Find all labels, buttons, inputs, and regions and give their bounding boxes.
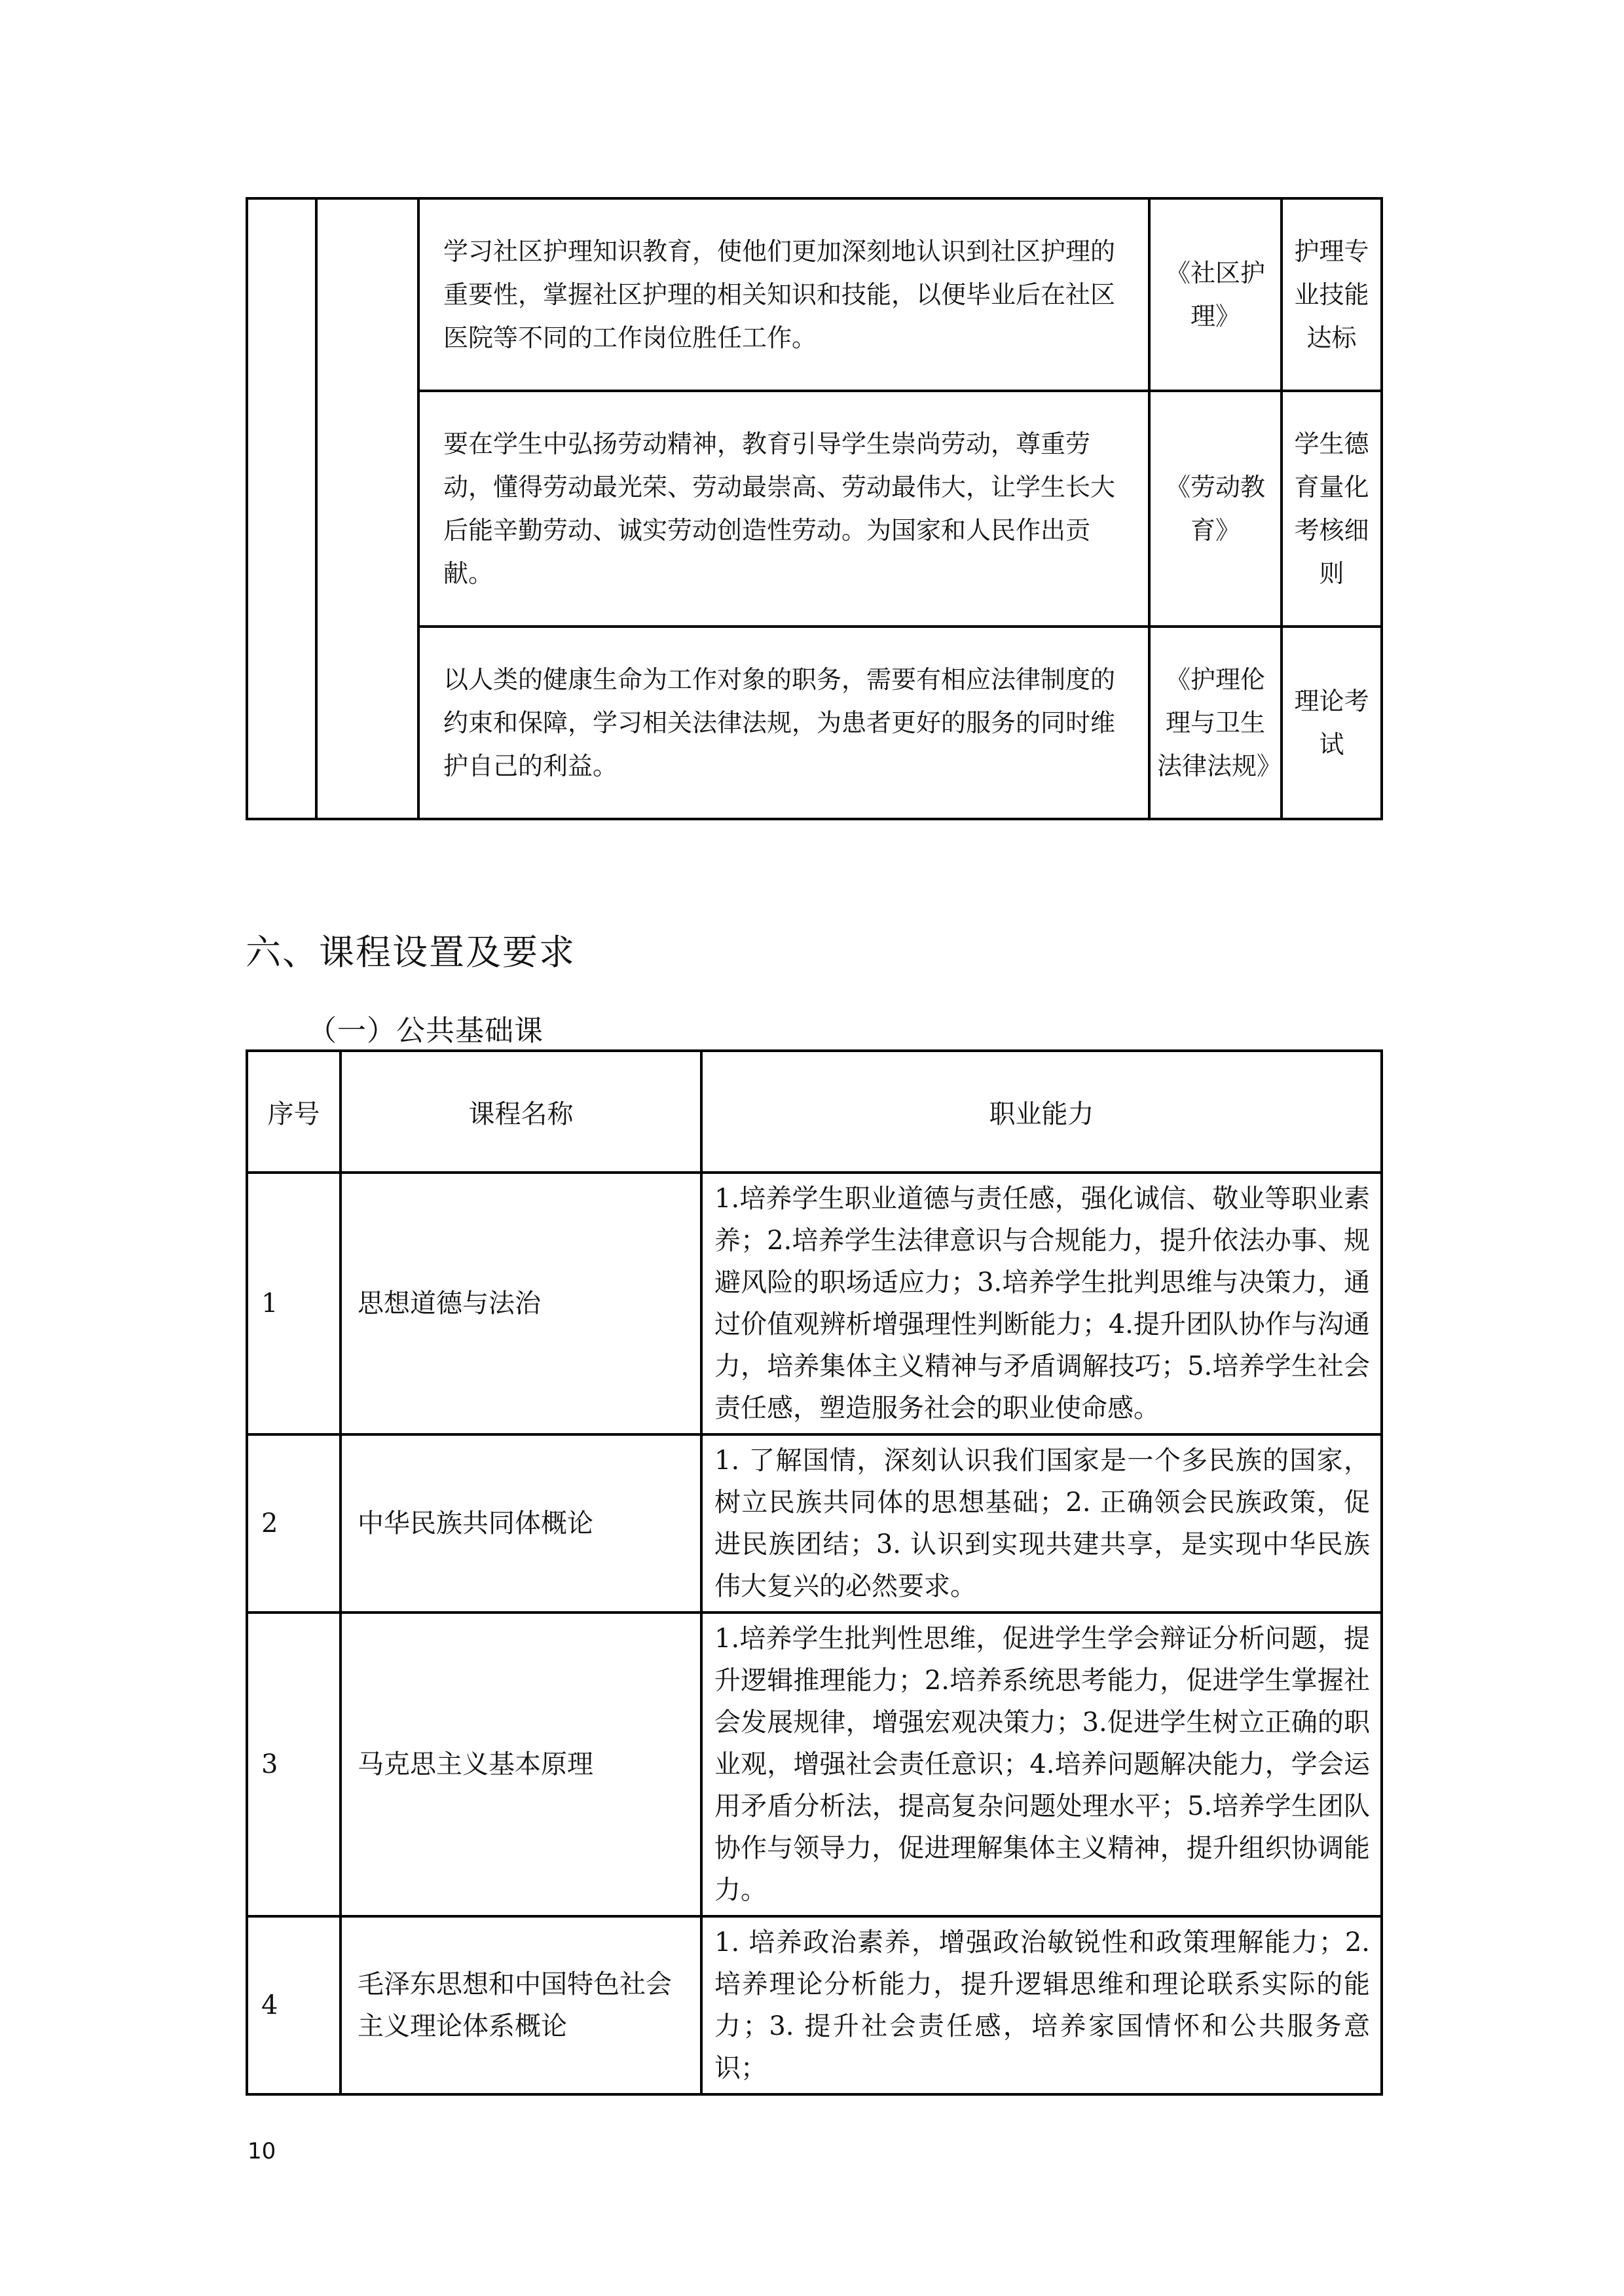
row-number: 1 bbox=[247, 1173, 341, 1434]
description-cell: 要在学生中弘扬劳动精神，教育引导学生崇尚劳动，尊重劳动，懂得劳动最光荣、劳动最崇… bbox=[418, 391, 1149, 627]
course-cell: 《劳动教育》 bbox=[1149, 391, 1282, 627]
assessment-cell: 学生德育量化考核细则 bbox=[1282, 391, 1382, 627]
row-number: 4 bbox=[247, 1916, 341, 2094]
assessment-text: 学生德育量化考核细则 bbox=[1294, 429, 1369, 588]
course-name: 思想道德与法治 bbox=[341, 1173, 701, 1434]
section-heading: 六、课程设置及要求 bbox=[246, 924, 576, 975]
table-row: 1 思想道德与法治 1.培养学生职业道德与责任感，强化诚信、敬业等职业素养；2.… bbox=[247, 1173, 1382, 1434]
page-number: 10 bbox=[248, 2138, 276, 2164]
assessment-text: 护理专业技能达标 bbox=[1294, 237, 1369, 352]
header-course-name: 课程名称 bbox=[341, 1051, 701, 1173]
course-name: 马克思主义基本原理 bbox=[341, 1613, 701, 1916]
header-number: 序号 bbox=[247, 1051, 341, 1173]
merged-cell-category bbox=[247, 198, 316, 819]
course-cell: 《社区护理》 bbox=[1149, 198, 1282, 391]
course-cell: 《护理伦理与卫生法律法规》 bbox=[1149, 627, 1282, 819]
course-name: 毛泽东思想和中国特色社会主义理论体系概论 bbox=[341, 1916, 701, 2094]
table-row: 4 毛泽东思想和中国特色社会主义理论体系概论 1. 培养政治素养，增强政治敏锐性… bbox=[247, 1916, 1382, 2094]
continuation-table: 学习社区护理知识教育，使他们更加深刻地认识到社区护理的重要性，掌握社区护理的相关… bbox=[246, 197, 1383, 820]
ability-text: 1.培养学生批判性思维，促进学生学会辩证分析问题，提升逻辑推理能力；2.培养系统… bbox=[701, 1613, 1382, 1916]
subsection-heading: （一）公共基础课 bbox=[308, 1007, 544, 1049]
course-table: 序号 课程名称 职业能力 1 思想道德与法治 1.培养学生职业道德与责任感，强化… bbox=[246, 1049, 1383, 2096]
assessment-cell: 护理专业技能达标 bbox=[1282, 198, 1382, 391]
course-name: 中华民族共同体概论 bbox=[341, 1434, 701, 1613]
course-name: 《劳动教育》 bbox=[1166, 473, 1265, 545]
row-number: 2 bbox=[247, 1434, 341, 1613]
assessment-text: 理论考试 bbox=[1294, 687, 1369, 759]
ability-text: 1.培养学生职业道德与责任感，强化诚信、敬业等职业素养；2.培养学生法律意识与合… bbox=[701, 1173, 1382, 1434]
course-name: 《护理伦理与卫生法律法规》 bbox=[1157, 665, 1282, 780]
row-number: 3 bbox=[247, 1613, 341, 1916]
ability-text: 1. 了解国情，深刻认识我们国家是一个多民族的国家，树立民族共同体的思想基础；2… bbox=[701, 1434, 1382, 1613]
table-row: 学习社区护理知识教育，使他们更加深刻地认识到社区护理的重要性，掌握社区护理的相关… bbox=[247, 198, 1382, 391]
table-header-row: 序号 课程名称 职业能力 bbox=[247, 1051, 1382, 1173]
assessment-cell: 理论考试 bbox=[1282, 627, 1382, 819]
header-ability: 职业能力 bbox=[701, 1051, 1382, 1173]
table-row: 2 中华民族共同体概论 1. 了解国情，深刻认识我们国家是一个多民族的国家，树立… bbox=[247, 1434, 1382, 1613]
description-cell: 以人类的健康生命为工作对象的职务，需要有相应法律制度的约束和保障，学习相关法律法… bbox=[418, 627, 1149, 819]
table-row: 3 马克思主义基本原理 1.培养学生批判性思维，促进学生学会辩证分析问题，提升逻… bbox=[247, 1613, 1382, 1916]
merged-cell-subcategory bbox=[316, 198, 418, 819]
description-cell: 学习社区护理知识教育，使他们更加深刻地认识到社区护理的重要性，掌握社区护理的相关… bbox=[418, 198, 1149, 391]
course-name: 《社区护理》 bbox=[1166, 259, 1265, 331]
ability-text: 1. 培养政治素养，增强政治敏锐性和政策理解能力；2. 培养理论分析能力，提升逻… bbox=[701, 1916, 1382, 2094]
